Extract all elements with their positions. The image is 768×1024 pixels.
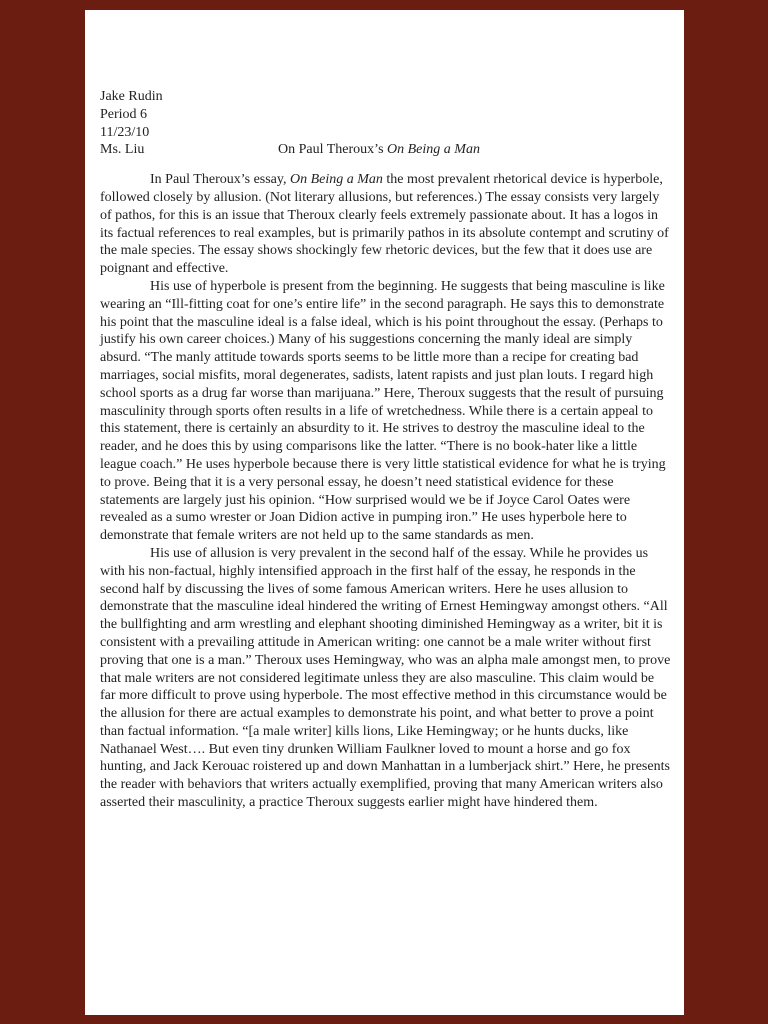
header-teacher-title-row: Ms. Liu On Paul Theroux’s On Being a Man <box>100 141 672 159</box>
essay-paragraph: His use of allusion is very prevalent in… <box>100 545 672 812</box>
header-teacher: Ms. Liu <box>100 142 144 157</box>
header-author: Jake Rudin <box>100 88 672 106</box>
document-viewer-background: Jake Rudin Period 6 11/23/10 Ms. Liu On … <box>0 0 768 1024</box>
page-content: Jake Rudin Period 6 11/23/10 Ms. Liu On … <box>100 88 672 812</box>
document-page[interactable]: Jake Rudin Period 6 11/23/10 Ms. Liu On … <box>85 10 684 1015</box>
text-run: the most prevalent rhetorical device is … <box>100 172 669 276</box>
essay-body: In Paul Theroux’s essay, On Being a Man … <box>100 171 672 812</box>
essay-header: Jake Rudin Period 6 11/23/10 Ms. Liu On … <box>100 88 672 159</box>
essay-paragraph: His use of hyperbole is present from the… <box>100 278 672 545</box>
essay-title: On Paul Theroux’s On Being a Man <box>278 141 480 159</box>
text-run: His use of allusion is very prevalent in… <box>100 546 670 810</box>
text-run: In Paul Theroux’s essay, <box>150 172 290 187</box>
italic-text-run: On Being a Man <box>290 172 383 187</box>
header-period: Period 6 <box>100 106 672 124</box>
text-run: His use of hyperbole is present from the… <box>100 279 666 543</box>
header-date: 11/23/10 <box>100 124 672 142</box>
italic-text-run: On Being a Man <box>387 142 480 157</box>
text-run: On Paul Theroux’s <box>278 142 387 157</box>
essay-paragraph: In Paul Theroux’s essay, On Being a Man … <box>100 171 672 278</box>
